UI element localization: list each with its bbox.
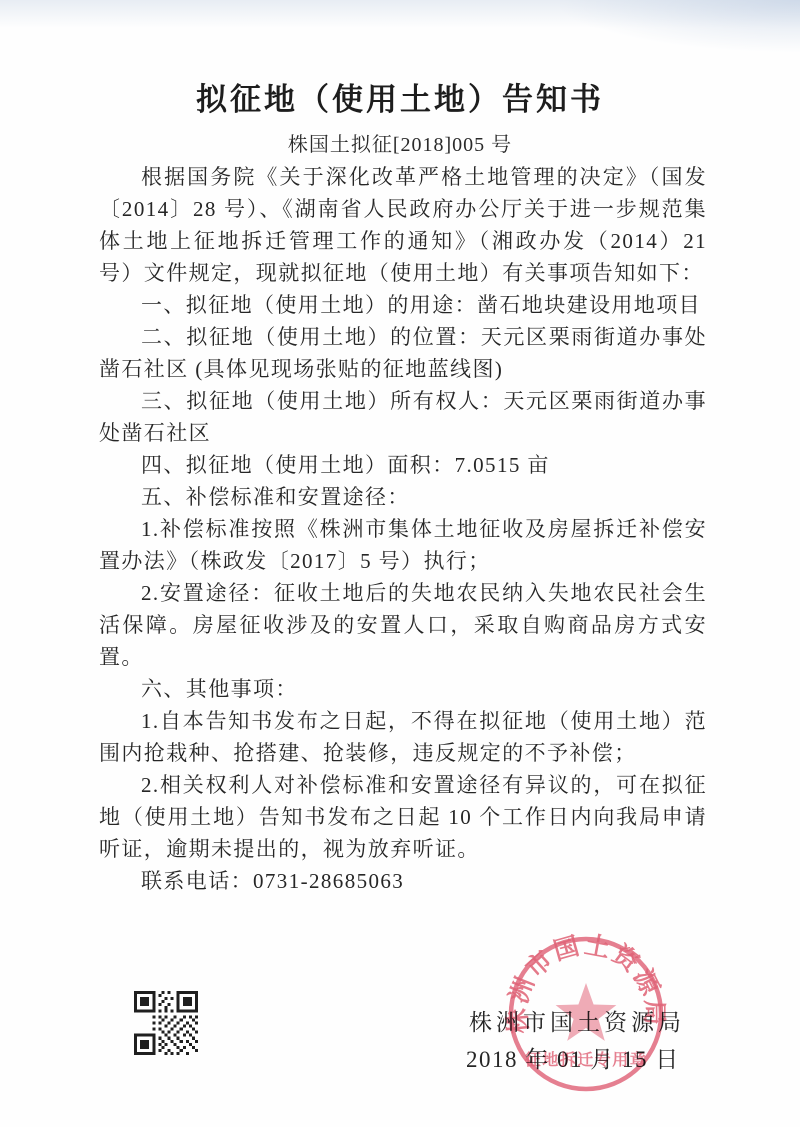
scan-artifact-top-right-corner bbox=[560, 0, 800, 52]
paragraph-compensation-standard: 1.补偿标准按照《株洲市集体土地征收及房屋拆迁补偿安置办法》（株政发〔2017〕… bbox=[99, 513, 707, 577]
qr-code-icon bbox=[132, 991, 200, 1055]
seal-star-icon bbox=[556, 983, 617, 1041]
document-number: 株国土拟征[2018]005 号 bbox=[0, 128, 800, 157]
paragraph-resettlement: 2.安置途径：征收土地后的失地农民纳入失地农民社会生活保障。房屋征收涉及的安置人… bbox=[99, 577, 707, 673]
paragraph-item-2-location: 二、拟征地（使用土地）的位置：天元区栗雨街道办事处凿石社区 (具体见现场张贴的征… bbox=[99, 321, 707, 385]
scan-artifact-top-edge bbox=[0, 0, 800, 28]
document-title: 拟征地（使用土地）告知书 bbox=[0, 74, 800, 119]
paragraph-intro: 根据国务院《关于深化改革严格土地管理的决定》（国发〔2014〕28 号）、《湖南… bbox=[99, 161, 707, 289]
paragraph-item-4-area: 四、拟征地（使用土地）面积：7.0515 亩 bbox=[99, 449, 707, 481]
paragraph-item-3-owner: 三、拟征地（使用土地）所有权人：天元区栗雨街道办事处凿石社区 bbox=[99, 385, 707, 449]
paragraph-item-5-compensation: 五、补偿标准和安置途径： bbox=[99, 481, 707, 513]
official-seal: 株洲市国土资源局 征地拆迁专用章 bbox=[503, 931, 669, 1097]
contact-line: 联系电话：0731-28685063 bbox=[99, 865, 707, 897]
paragraph-other-1: 1.自本告知书发布之日起，不得在拟征地（使用土地）范围内抢栽种、抢搭建、抢装修，… bbox=[99, 705, 707, 769]
document-body: 根据国务院《关于深化改革严格土地管理的决定》（国发〔2014〕28 号）、《湖南… bbox=[99, 161, 707, 897]
paragraph-other-2: 2.相关权利人对补偿标准和安置途径有异议的，可在拟征地（使用土地）告知书发布之日… bbox=[99, 769, 707, 865]
seal-bottom-text: 征地拆迁专用章 bbox=[525, 1050, 648, 1069]
paragraph-item-6-other: 六、其他事项： bbox=[99, 673, 707, 705]
paragraph-item-1-purpose: 一、拟征地（使用土地）的用途：凿石地块建设用地项目 bbox=[99, 289, 707, 321]
scanned-document-page: 拟征地（使用土地）告知书 株国土拟征[2018]005 号 根据国务院《关于深化… bbox=[0, 0, 800, 1127]
